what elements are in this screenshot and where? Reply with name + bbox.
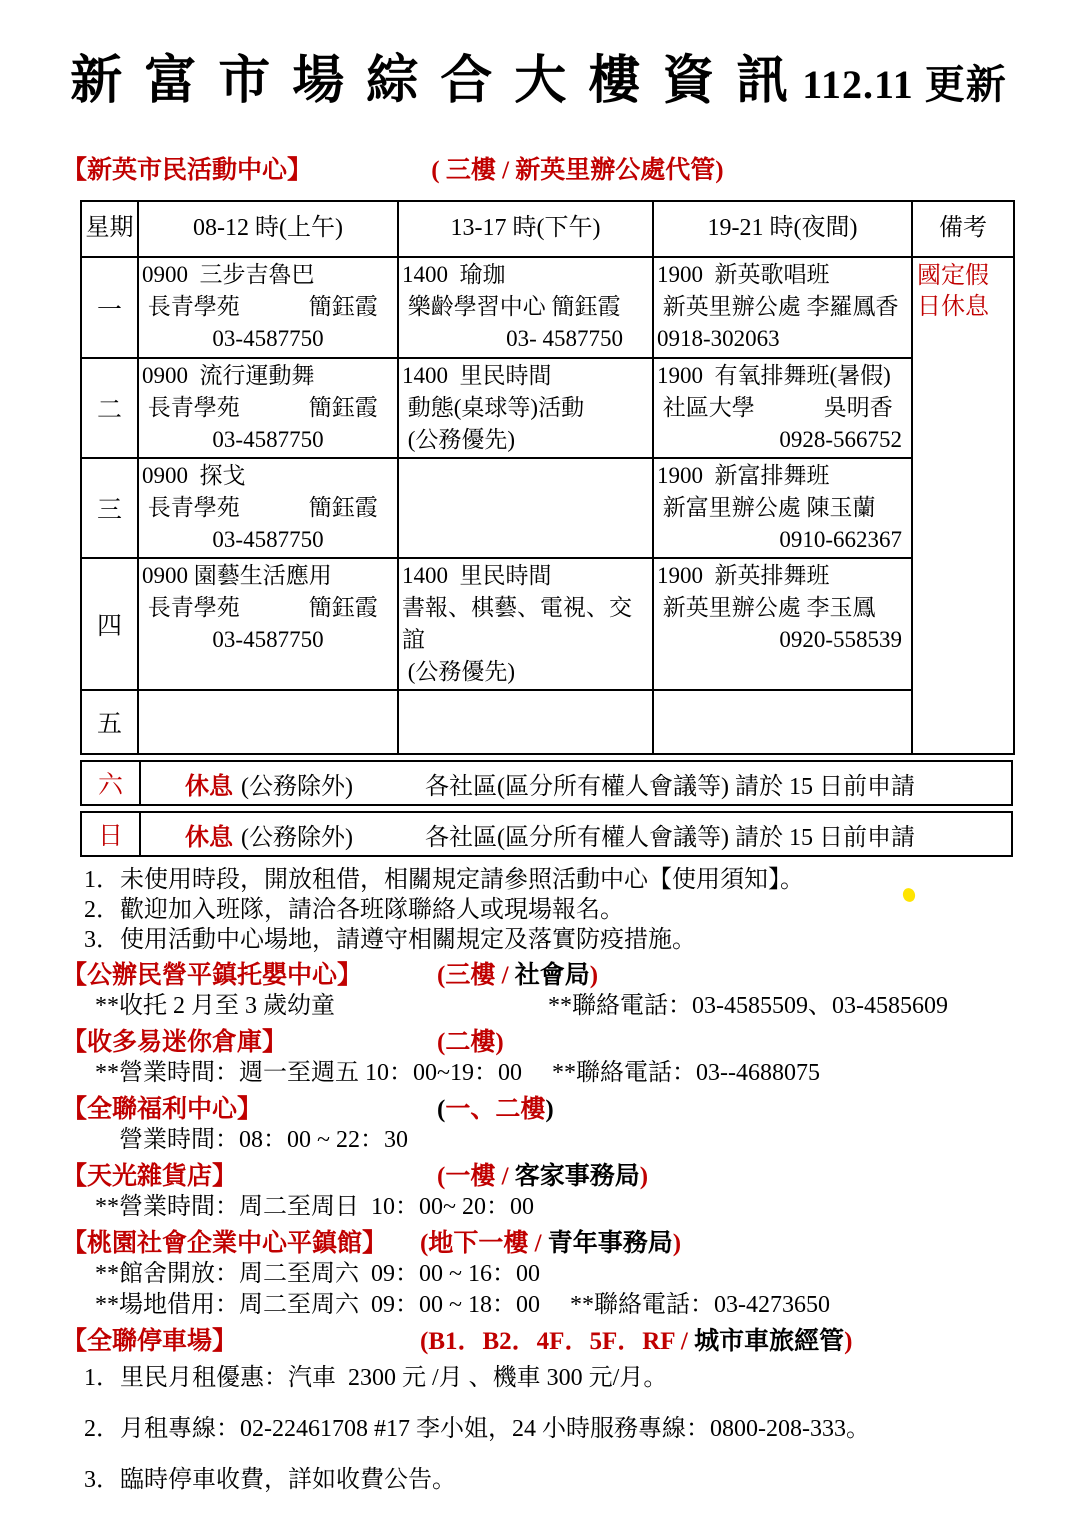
- paren-close: ): [545, 1096, 553, 1123]
- schedule-line: 1900 新富排舞班: [657, 460, 908, 492]
- phone-number: 03-4587750: [142, 424, 394, 456]
- day-cell: 一: [81, 257, 138, 358]
- parking-items-list: 1．里民月租優惠：汽車 2300 元 /月 、機車 300 元/月。 2．月租專…: [62, 1363, 1015, 1495]
- page-title-main: 新富市場綜合大樓資訊: [70, 53, 810, 110]
- notes-list: 1．未使用時段，開放租借，相關規定請參照活動中心【使用須知】。 2．歡迎加入班隊…: [62, 865, 1015, 955]
- schedule-line: 1900 新英排舞班: [657, 560, 908, 592]
- managing-agency: 客家事務局: [515, 1163, 640, 1190]
- section-storage-header: 【收多易迷你倉庫】(二樓): [62, 1027, 1015, 1058]
- pxmart-hours-line: 營業時間：08：00 ~ 22：30: [62, 1125, 1015, 1156]
- schedule-line: 長青學苑 簡鈺霞: [142, 392, 394, 424]
- enterprise-booking-line: **場地借用：周二至周六 09：00 ~ 18：00 **聯絡電話：03-427…: [62, 1290, 1015, 1321]
- phone-number: 03-4587750: [142, 524, 394, 556]
- schedule-line: 社區大學 吳明香: [657, 392, 908, 424]
- schedule-line: (公務優先): [402, 656, 649, 688]
- cell-wednesday-evening: 1900 新富排舞班 新富里辦公處 陳玉蘭 0910-662367: [653, 458, 912, 558]
- cell-thursday-morning: 0900 園藝生活應用 長青學苑 簡鈺霞 03-4587750: [138, 558, 398, 690]
- phone-number: 03-4587750: [142, 624, 394, 656]
- phone-number: 0918-302063: [657, 323, 908, 355]
- table-header-row: 星期 08-12 時(上午) 13-17 時(下午) 19-21 時(夜間) 備…: [81, 201, 1014, 257]
- schedule-line: 0900 園藝生活應用: [142, 560, 394, 592]
- rest-exception: (公務除外): [241, 825, 353, 851]
- section-floor-note: (二樓): [437, 1029, 504, 1056]
- schedule-line: 長青學苑 簡鈺霞: [142, 291, 394, 323]
- day-cell: 二: [81, 358, 138, 458]
- rest-label: 休息: [185, 825, 233, 851]
- phone-number: 03- 4587750: [402, 323, 649, 355]
- schedule-line: 動態(桌球等)活動: [402, 392, 649, 424]
- managing-agency: 城市車旅經管: [694, 1328, 844, 1355]
- section-title: 【天光雜貨店】: [62, 1161, 437, 1192]
- cell-monday-evening: 1900 新英歌唱班 新英里辦公處 李羅鳳香 0918-302063: [653, 257, 912, 358]
- table-row-wednesday: 三 0900 探戈 長青學苑 簡鈺霞 03-4587750 1900 新富排舞班…: [81, 458, 1014, 558]
- section-activity-center-header: 【新英市民活動中心】 ( 三樓 / 新英里辦公處代管): [62, 155, 1015, 186]
- schedule-line: 1900 有氧排舞班(暑假): [657, 360, 908, 392]
- schedule-line: 新富里辦公處 陳玉蘭: [657, 492, 908, 524]
- section-floor-note: (地下一樓 /: [420, 1230, 548, 1257]
- day-cell: 六: [82, 762, 141, 804]
- parking-item: 3．臨時停車收費，詳如收費公告。: [62, 1465, 1015, 1495]
- schedule-line: 新英里辦公處 李羅鳳香: [657, 291, 908, 323]
- section-location-note: ( 三樓 / 新英里辦公處代管): [431, 157, 723, 184]
- day-cell: 日: [82, 813, 141, 855]
- managing-agency: 社會局: [515, 962, 590, 989]
- phone-number: 03-4587750: [142, 323, 394, 355]
- section-floor-note: (B1．B2．4F．5F．RF /: [420, 1328, 694, 1355]
- schedule-line: 長青學苑 簡鈺霞: [142, 592, 394, 624]
- daycare-info-line: **收托 2 月至 3 歲幼童 **聯絡電話：03-4585509、03-458…: [62, 991, 1015, 1022]
- schedule-line: 1400 里民時間: [402, 560, 649, 592]
- paren-close: ): [673, 1230, 681, 1257]
- paren-close: ): [844, 1328, 852, 1355]
- section-title: 【全聯停車場】: [62, 1326, 420, 1357]
- schedule-line: 長青學苑 簡鈺霞: [142, 492, 394, 524]
- enterprise-open-hours-line: **館舍開放：周二至周六 09：00 ~ 16：00: [62, 1259, 1015, 1290]
- document-page: 新富市場綜合大樓資訊 112.11 更新 【新英市民活動中心】 ( 三樓 / 新…: [0, 0, 1079, 1495]
- cell-tuesday-afternoon: 1400 里民時間 動態(桌球等)活動 (公務優先): [398, 358, 653, 458]
- section-title: 【收多易迷你倉庫】: [62, 1027, 437, 1058]
- section-title: 【公辦民營平鎮托嬰中心】: [62, 960, 437, 991]
- cell-thursday-evening: 1900 新英排舞班 新英里辦公處 李玉鳳 0920-558539: [653, 558, 912, 690]
- cell-thursday-afternoon: 1400 里民時間 書報、棋藝、電視、交誼 (公務優先): [398, 558, 653, 690]
- phone-number: 0920-558539: [657, 624, 908, 656]
- community-booking-note: 各社區(區分所有權人會議等) 請於 15 日前申請: [425, 825, 915, 851]
- paren-close: ): [640, 1163, 648, 1190]
- section-parking-header: 【全聯停車場】(B1．B2．4F．5F．RF / 城市車旅經管): [62, 1326, 1015, 1357]
- table-row-tuesday: 二 0900 流行運動舞 長青學苑 簡鈺霞 03-4587750 1400 里民…: [81, 358, 1014, 458]
- header-cell-weekday: 星期: [81, 201, 138, 257]
- parking-item: 1．里民月租優惠：汽車 2300 元 /月 、機車 300 元/月。: [62, 1363, 1015, 1393]
- schedule-line: 新英里辦公處 李玉鳳: [657, 592, 908, 624]
- section-daycare-header: 【公辦民營平鎮托嬰中心】(三樓 / 社會局): [62, 960, 1015, 991]
- header-cell-morning: 08-12 時(上午): [138, 201, 398, 257]
- day-cell: 五: [81, 690, 138, 754]
- cell-wednesday-morning: 0900 探戈 長青學苑 簡鈺霞 03-4587750: [138, 458, 398, 558]
- section-pxmart-header: 【全聯福利中心】(一、二樓): [62, 1094, 1015, 1125]
- schedule-table: 星期 08-12 時(上午) 13-17 時(下午) 19-21 時(夜間) 備…: [80, 200, 1015, 755]
- table-row-sunday: 日 休息(公務除外)各社區(區分所有權人會議等) 請於 15 日前申請: [80, 811, 1013, 857]
- phone-number: 0910-662367: [657, 524, 908, 556]
- section-floor-note: 一、二樓: [445, 1096, 545, 1123]
- cell-tuesday-evening: 1900 有氧排舞班(暑假) 社區大學 吳明香 0928-566752: [653, 358, 912, 458]
- schedule-line: 書報、棋藝、電視、交誼: [402, 592, 649, 656]
- daycare-phone: **聯絡電話：03-4585509、03-4585609: [548, 991, 948, 1022]
- table-row-monday: 一 0900 三步吉魯巴 長青學苑 簡鈺霞 03-4587750 1400 瑜珈…: [81, 257, 1014, 358]
- cell-monday-afternoon: 1400 瑜珈 樂齡學習中心 簡鈺霞 03- 4587750: [398, 257, 653, 358]
- section-enterprise-header: 【桃園社會企業中心平鎮館】(地下一樓 / 青年事務局): [62, 1228, 1015, 1259]
- schedule-line: 樂齡學習中心 簡鈺霞: [402, 291, 649, 323]
- schedule-line: 0900 三步吉魯巴: [142, 259, 394, 291]
- note-line: 2．歡迎加入班隊，請洽各班隊聯絡人或現場報名。: [62, 895, 1015, 925]
- section-grocery-header: 【天光雜貨店】(一樓 / 客家事務局): [62, 1161, 1015, 1192]
- table-row-thursday: 四 0900 園藝生活應用 長青學苑 簡鈺霞 03-4587750 1400 里…: [81, 558, 1014, 690]
- daycare-age-note: **收托 2 月至 3 歲幼童: [95, 991, 548, 1022]
- cell-wednesday-afternoon: [398, 458, 653, 558]
- schedule-line: 1400 瑜珈: [402, 259, 649, 291]
- section-floor-note: (一樓 /: [437, 1163, 515, 1190]
- section-title: 【桃園社會企業中心平鎮館】: [62, 1228, 420, 1259]
- remark-cell: 國定假日休息: [912, 257, 1014, 754]
- storage-hours-line: **營業時間：週一至週五 10：00~19：00 **聯絡電話：03--4688…: [62, 1058, 1015, 1089]
- section-floor-note: (三樓 /: [437, 962, 515, 989]
- cell-tuesday-morning: 0900 流行運動舞 長青學苑 簡鈺霞 03-4587750: [138, 358, 398, 458]
- header-cell-remarks: 備考: [912, 201, 1014, 257]
- parking-item: 2．月租專線：02-22461708 #17 李小姐，24 小時服務專線：080…: [62, 1414, 1015, 1444]
- paren-close: ): [590, 962, 598, 989]
- schedule-line: 0900 探戈: [142, 460, 394, 492]
- header-cell-afternoon: 13-17 時(下午): [398, 201, 653, 257]
- page-title-update-date: 112.11 更新: [802, 62, 1007, 107]
- day-cell: 四: [81, 558, 138, 690]
- day-cell: 三: [81, 458, 138, 558]
- note-line: 3．使用活動中心場地，請遵守相關規定及落實防疫措施。: [62, 925, 1015, 955]
- managing-agency: 青年事務局: [548, 1230, 673, 1257]
- header-cell-evening: 19-21 時(夜間): [653, 201, 912, 257]
- schedule-line: 0900 流行運動舞: [142, 360, 394, 392]
- phone-number: 0928-566752: [657, 424, 908, 456]
- schedule-line: 1400 里民時間: [402, 360, 649, 392]
- section-title: 【全聯福利中心】: [62, 1094, 437, 1125]
- grocery-hours-line: **營業時間：周二至周日 10：00~ 20：00: [62, 1192, 1015, 1223]
- cell-monday-morning: 0900 三步吉魯巴 長青學苑 簡鈺霞 03-4587750: [138, 257, 398, 358]
- schedule-line: (公務優先): [402, 424, 649, 456]
- schedule-line: 1900 新英歌唱班: [657, 259, 908, 291]
- section-title: 【新英市民活動中心】: [62, 155, 425, 186]
- page-title: 新富市場綜合大樓資訊 112.11 更新: [62, 38, 1015, 113]
